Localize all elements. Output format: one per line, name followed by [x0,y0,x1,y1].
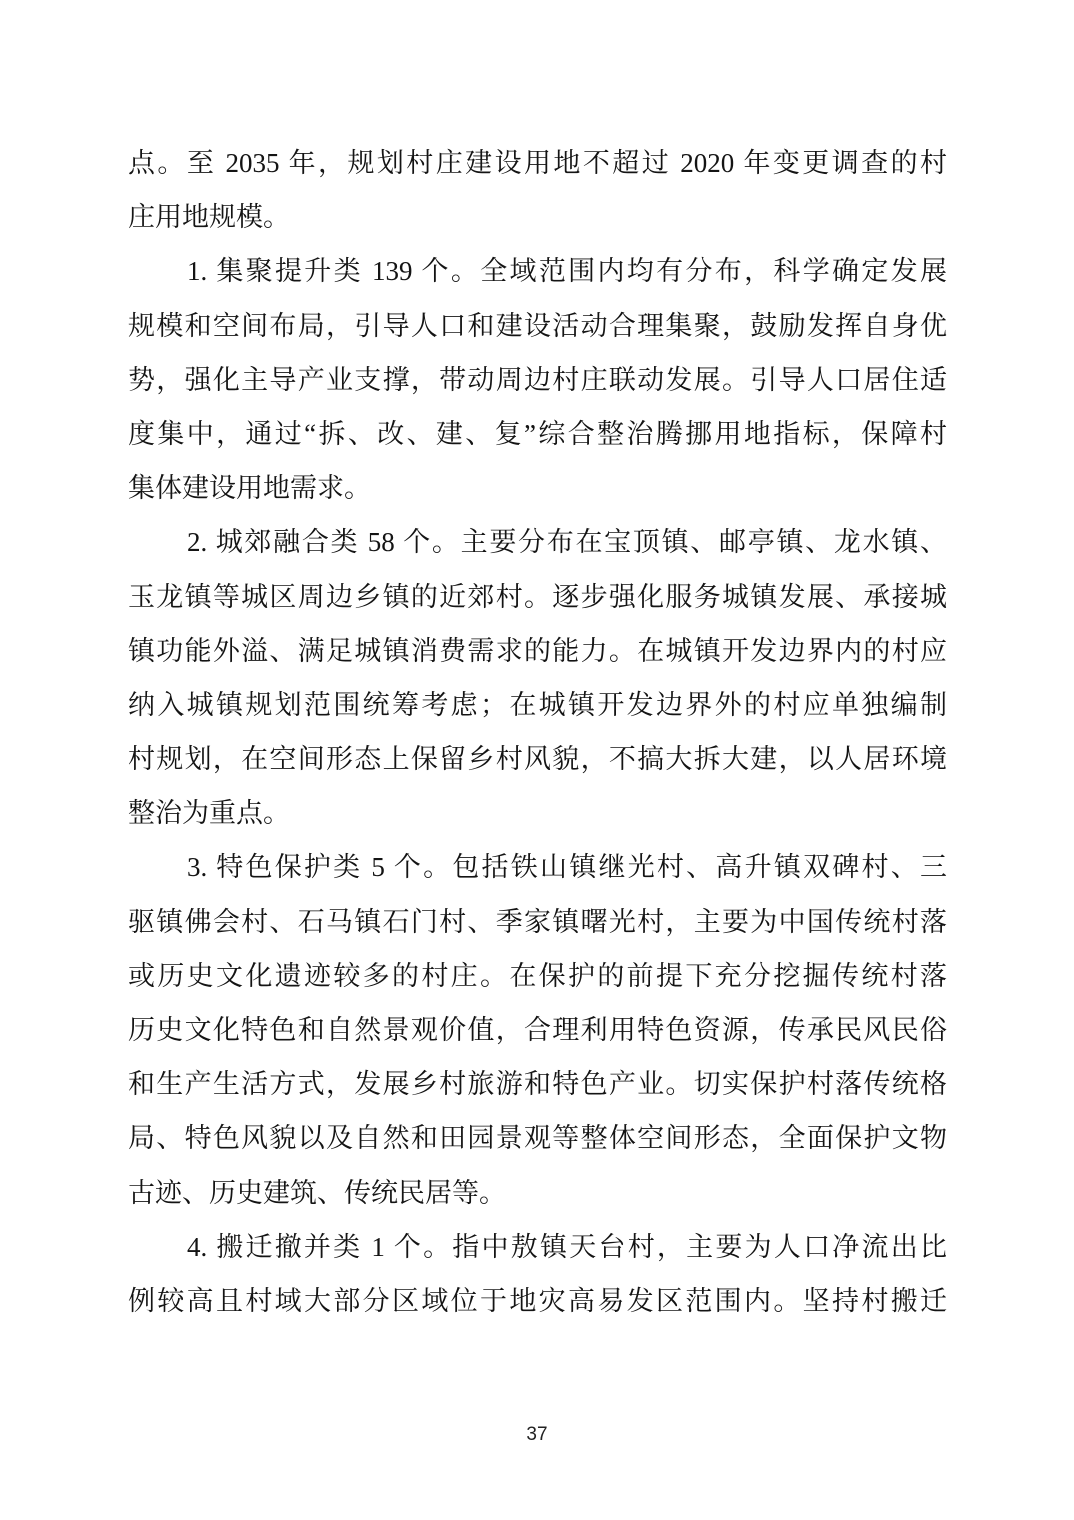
text-line: 度集中，通过“拆、改、建、复”综合整治腾挪用地指标，保障村 [128,407,947,461]
text-line: 古迹、历史建筑、传统民居等。 [128,1166,947,1220]
text-line: 或历史文化遗迹较多的村庄。在保护的前提下充分挖掘传统村落 [128,949,947,1003]
text-line: 纳入城镇规划范围统筹考虑；在城镇开发边界外的村应单独编制 [128,678,947,732]
text-line: 历史文化特色和自然景观价值，合理利用特色资源，传承民风民俗 [128,1003,947,1057]
text-line: 镇功能外溢、满足城镇消费需求的能力。在城镇开发边界内的村应 [128,624,947,678]
text-line-section-3: 3. 特色保护类 5 个。包括铁山镇继光村、高升镇双碑村、三 [128,840,947,894]
page-number: 37 [0,1424,1074,1446]
text-line: 玉龙镇等城区周边乡镇的近郊村。逐步强化服务城镇发展、承接城 [128,570,947,624]
text-line: 规模和空间布局，引导人口和建设活动合理集聚，鼓励发挥自身优 [128,299,947,353]
text-line: 点。至 2035 年，规划村庄建设用地不超过 2020 年变更调查的村 [128,136,947,190]
text-line-section-1: 1. 集聚提升类 139 个。全域范围内均有分布，科学确定发展 [128,244,947,298]
text-line: 和生产生活方式，发展乡村旅游和特色产业。切实保护村落传统格 [128,1057,947,1111]
text-line: 例较高且村域大部分区域位于地灾高易发区范围内。坚持村搬迁 [128,1274,947,1328]
text-line: 整治为重点。 [128,786,947,840]
text-line-section-2: 2. 城郊融合类 58 个。主要分布在宝顶镇、邮亭镇、龙水镇、 [128,515,947,569]
text-line-section-4: 4. 搬迁撤并类 1 个。指中敖镇天台村，主要为人口净流出比 [128,1220,947,1274]
text-line: 集体建设用地需求。 [128,461,947,515]
text-line: 局、特色风貌以及自然和田园景观等整体空间形态，全面保护文物 [128,1111,947,1165]
text-line: 驱镇佛会村、石马镇石门村、季家镇曙光村，主要为中国传统村落 [128,895,947,949]
text-line: 村规划，在空间形态上保留乡村风貌，不搞大拆大建，以人居环境 [128,732,947,786]
document-page: 点。至 2035 年，规划村庄建设用地不超过 2020 年变更调查的村 庄用地规… [0,0,1074,1520]
text-line: 庄用地规模。 [128,190,947,244]
text-line: 势，强化主导产业支撑，带动周边村庄联动发展。引导人口居住适 [128,353,947,407]
body-text: 点。至 2035 年，规划村庄建设用地不超过 2020 年变更调查的村 庄用地规… [128,136,947,1328]
